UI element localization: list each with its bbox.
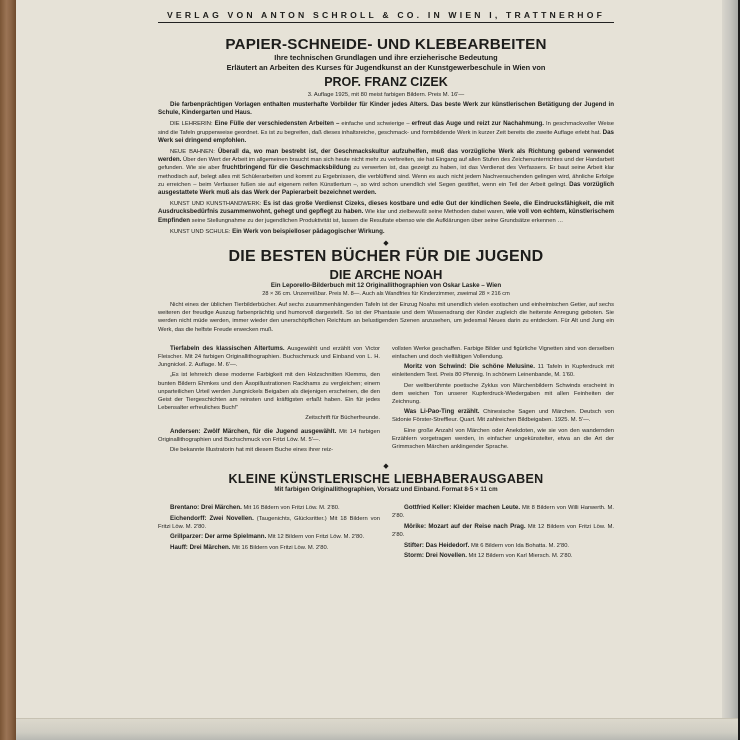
- book-entry-title: Moritz von Schwind: Die schöne Melusine.: [404, 363, 535, 370]
- review: KUNST UND SCHULE: Ein Werk von beispiell…: [158, 228, 614, 236]
- edition-entry: Grillparzer: Der arme Spielmann. Mit 12 …: [158, 533, 380, 541]
- two-column-listing: Brentano: Drei Märchen. Mit 16 Bildern v…: [158, 501, 614, 560]
- edition-entry-text: Mit 16 Bildern von Fritzi Löw. M. 2'80.: [231, 545, 329, 551]
- book-entry: Tierfabeln des klassischen Altertums. Au…: [158, 345, 380, 370]
- book-binding: [0, 0, 16, 740]
- quote-source: Zeitschrift für Bücherfreunde.: [305, 414, 380, 422]
- intro-paragraph: Die farbenprächtigen Vorlagen enthalten …: [158, 101, 614, 117]
- section-title: KLEINE KÜNSTLERISCHE LIEBHABERAUSGABEN: [158, 472, 614, 486]
- left-column: Tierfabeln des klassischen Altertums. Au…: [158, 343, 380, 454]
- left-column: Brentano: Drei Märchen. Mit 16 Bildern v…: [158, 501, 380, 560]
- edition-entry: Gottfried Keller: Kleider machen Leute. …: [392, 504, 614, 520]
- book-subtitle: Ein Leporello-Bilderbuch mit 12 Original…: [158, 282, 614, 290]
- right-column: vollsten Werke geschaffen. Farbige Bilde…: [392, 343, 614, 454]
- edition-entry: Stifter: Das Heidedorf. Mit 6 Bildern vo…: [392, 542, 614, 550]
- review-bold: Ein Werk von beispielloser pädagogischer…: [232, 228, 385, 235]
- edition-entry-title: Brentano: Drei Märchen.: [170, 504, 242, 511]
- edition-entry-title: Mörike: Mozart auf der Reise nach Prag.: [404, 523, 526, 530]
- subtitle: Ihre technischen Grundlagen und ihre erz…: [158, 53, 614, 63]
- review-source: KUNST UND KUNSTHANDWERK:: [170, 201, 261, 207]
- review: NEUE BAHNEN: Überall da, wo man bestrebt…: [158, 148, 614, 197]
- section-subtitle: Mit farbigen Originallithographien, Vors…: [158, 486, 614, 494]
- book-entry: Andersen: Zwölf Märchen, für die Jugend …: [158, 428, 380, 444]
- book-title: DIE ARCHE NOAH: [158, 267, 614, 282]
- edition-entry-title: Grillparzer: Der arme Spielmann.: [170, 533, 266, 540]
- scanned-page: VERLAG VON ANTON SCHROLL & CO. IN WIEN I…: [16, 0, 722, 740]
- review-text: Wie klar und zielbewußt seine Methoden d…: [363, 209, 506, 215]
- edition-entry-title: Storm: Drei Novellen.: [404, 552, 467, 559]
- ornament-diamond-icon: ◆: [158, 240, 614, 248]
- book-entry-description: Eine große Anzahl von Märchen oder Anekd…: [392, 427, 614, 452]
- author: PROF. FRANZ CIZEK: [158, 75, 614, 89]
- book-entry-description: Die bekannte Illustratorin hat mit diese…: [158, 446, 380, 454]
- book-entry-description: Der weltberühmte poetische Zyklus von Mä…: [392, 382, 614, 407]
- book-entry-title: Was Li-Pao-Ting erzählt.: [404, 408, 480, 415]
- right-column: Gottfried Keller: Kleider machen Leute. …: [392, 501, 614, 560]
- edition-entry: Hauff: Drei Märchen. Mit 16 Bildern von …: [158, 544, 380, 552]
- subtitle: Erläutert an Arbeiten des Kurses für Jug…: [158, 63, 614, 73]
- review-bold: Eine Fülle der verschiedensten Arbeiten …: [215, 120, 340, 127]
- book-entry: Was Li-Pao-Ting erzählt. Chinesische Sag…: [392, 408, 614, 424]
- book-entry-description: vollsten Werke geschaffen. Farbige Bilde…: [392, 345, 614, 361]
- page-edge-bottom: [16, 718, 738, 740]
- intro-bold: Die farbenprächtigen Vorlagen enthalten …: [158, 101, 614, 116]
- edition-entry: Eichendorff: Zwei Novellen. (Taugenichts…: [158, 515, 380, 531]
- page-edge: [722, 0, 738, 740]
- edition-entry-title: Eichendorff: Zwei Novellen.: [170, 515, 254, 522]
- section-liebhaberausgaben: KLEINE KÜNSTLERISCHE LIEBHABERAUSGABEN M…: [158, 472, 614, 560]
- section-papier: PAPIER-SCHNEIDE- UND KLEBEARBEITEN Ihre …: [158, 36, 614, 236]
- edition-entry: Storm: Drei Novellen. Mit 12 Bildern von…: [392, 552, 614, 560]
- edition-info: 3. Auflage 1925, mit 80 meist farbigen B…: [158, 92, 614, 98]
- ornament-diamond-icon: ◆: [158, 463, 614, 471]
- book-details: 28 × 36 cm. Unzerreißbar. Preis M. 8—. A…: [158, 290, 614, 298]
- section-title: PAPIER-SCHNEIDE- UND KLEBEARBEITEN: [158, 36, 614, 53]
- review: KUNST UND KUNSTHANDWERK: Es ist das groß…: [158, 200, 614, 225]
- quote-source-line: Zeitschrift für Bücherfreunde.: [158, 414, 380, 422]
- edition-entry-text: Mit 16 Bildern von Fritzi Löw. M. 2'80.: [242, 505, 340, 511]
- book-quote: „Es ist lehrreich diese moderne Farbigke…: [158, 371, 380, 412]
- edition-entry: Brentano: Drei Märchen. Mit 16 Bildern v…: [158, 504, 380, 512]
- edition-entry-title: Stifter: Das Heidedorf.: [404, 542, 469, 549]
- book-description: Nicht eines der üblichen Tierbilderbüche…: [158, 301, 614, 334]
- review-text: seine Stellungnahme zu der jugendlichen …: [190, 218, 563, 224]
- edition-entry-title: Gottfried Keller: Kleider machen Leute.: [404, 504, 520, 511]
- edition-entry-text: Mit 12 Bildern von Fritzi Löw. M. 2'80.: [266, 534, 364, 540]
- review: DIE LEHRERIN: Eine Fülle der verschieden…: [158, 120, 614, 145]
- section-title: DIE BESTEN BÜCHER FÜR DIE JUGEND: [158, 248, 614, 266]
- review-text: einfache und schwierige –: [339, 121, 411, 127]
- page-content: VERLAG VON ANTON SCHROLL & CO. IN WIEN I…: [158, 10, 614, 561]
- section-jugend: DIE BESTEN BÜCHER FÜR DIE JUGEND DIE ARC…: [158, 248, 614, 454]
- edition-entry-text: Mit 12 Bildern von Karl Miersch. M. 2'80…: [467, 553, 573, 559]
- two-column-listing: Tierfabeln des klassischen Altertums. Au…: [158, 343, 614, 454]
- publisher-line: VERLAG VON ANTON SCHROLL & CO. IN WIEN I…: [158, 10, 614, 23]
- review-source: KUNST UND SCHULE:: [170, 229, 230, 235]
- edition-entry-text: Mit 6 Bildern von Ida Bohatta. M. 2'80.: [469, 543, 569, 549]
- book-entry: Moritz von Schwind: Die schöne Melusine.…: [392, 363, 614, 379]
- edition-entry-title: Hauff: Drei Märchen.: [170, 544, 231, 551]
- review-source: NEUE BAHNEN:: [170, 149, 215, 155]
- review-bold: fruchtbringend für die Geschmacksbildung: [222, 164, 351, 171]
- edition-entry: Mörike: Mozart auf der Reise nach Prag. …: [392, 523, 614, 539]
- review-source: DIE LEHRERIN:: [170, 121, 213, 127]
- review-bold: erfreut das Auge und reizt zur Nachahmun…: [412, 120, 544, 127]
- book-entry-title: Andersen: Zwölf Märchen, für die Jugend …: [170, 428, 336, 435]
- book-entry-title: Tierfabeln des klassischen Altertums.: [170, 345, 285, 352]
